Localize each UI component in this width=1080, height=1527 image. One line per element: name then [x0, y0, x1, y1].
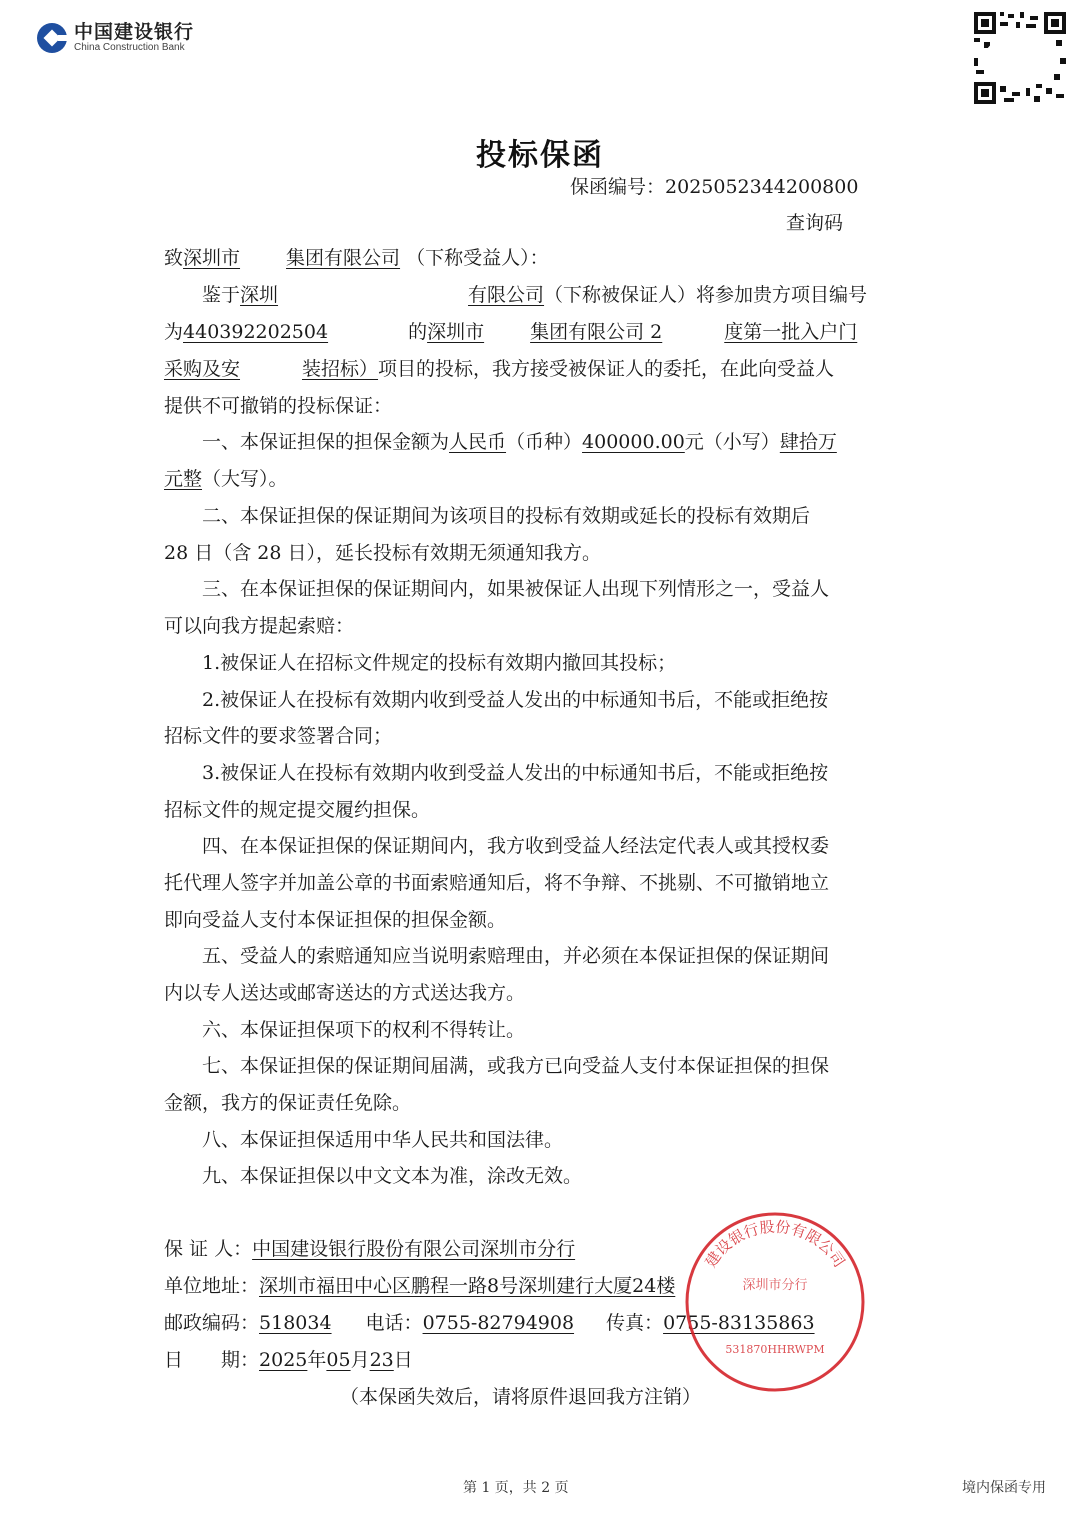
- clause-3-item-1: 1.被保证人在招标文件规定的投标有效期内撤回其投标；: [164, 645, 954, 682]
- project-name-c: 装招标）: [302, 358, 378, 380]
- amount-words-label: （大写）。: [202, 468, 288, 490]
- stamp-code: 531870HHRWPM: [725, 1343, 824, 1356]
- company-seal-stamp: 建设银行股份有限公司 深圳市分行 531870HHRWPM: [680, 1207, 870, 1397]
- qr-code-icon[interactable]: [970, 8, 1070, 108]
- clause-3-item-2-line-1: 2.被保证人在投标有效期内收到受益人发出的中标通知书后，不能或拒绝按: [164, 682, 954, 719]
- bank-name-cn: 中国建设银行: [74, 23, 194, 42]
- fax-label: 传真：: [606, 1312, 663, 1334]
- clause-4-line-1: 四、在本保证担保的保证期间内，我方收到受益人经法定代表人或其授权委: [164, 828, 954, 865]
- intro-prefix: 鉴于: [202, 284, 240, 306]
- clause-1-line-1: 一、本保证担保的担保金额为人民币（币种）400000.00元（小写）肆拾万: [164, 424, 954, 461]
- addressee-prefix: 致: [164, 247, 183, 269]
- intro-line-1: 鉴于深圳有限公司（下称被保证人）将参加贵方项目编号: [164, 277, 954, 314]
- clause-6: 六、本保证担保项下的权利不得转让。: [164, 1012, 954, 1049]
- usage-note: 境内保函专用: [962, 1477, 1046, 1497]
- beneficiary-name-a: 深圳市: [183, 247, 240, 269]
- intro-l2-prefix: 为: [164, 321, 183, 343]
- bank-name-en: China Construction Bank: [74, 43, 194, 53]
- clause-4-line-3: 即向受益人支付本保证担保的担保金额。: [164, 902, 916, 939]
- day-unit: 日: [394, 1349, 413, 1371]
- guarantor-value: 中国建设银行股份有限公司深圳市分行: [252, 1238, 575, 1260]
- clause-2-line-1: 二、本保证担保的保证期间为该项目的投标有效期或延长的投标有效期后: [164, 498, 954, 535]
- guarantee-amount: 400000.00: [582, 431, 685, 453]
- guarantee-number-label: 保函编号：: [570, 176, 665, 198]
- intro-l3-suffix: 项目的投标，我方接受被保证人的委托，在此向受益人: [378, 358, 834, 380]
- project-number: 440392202504: [183, 321, 328, 343]
- amount-words-a: 肆拾万: [780, 431, 837, 453]
- svg-text:建设银行股份有限公司: 建设银行股份有限公司: [702, 1218, 849, 1271]
- guarantee-number-value: 2025052344200800: [665, 176, 858, 198]
- date-year: 2025: [259, 1349, 307, 1371]
- document-title: 投标保函: [0, 130, 1080, 174]
- month-unit: 月: [351, 1349, 370, 1371]
- clause-4-line-2: 托代理人签字并加盖公章的书面索赔通知后，将不争辩、不挑剔、不可撤销地立: [164, 865, 916, 902]
- clause-7-line-1: 七、本保证担保的保证期间届满，或我方已向受益人支付本保证担保的担保: [164, 1048, 954, 1085]
- addressee-line: 致深圳市集团有限公司 （下称受益人）：: [164, 240, 916, 277]
- query-code: 查询码: [786, 208, 843, 235]
- date-label: 日 期：: [164, 1349, 259, 1371]
- amount-words-b: 元整: [164, 468, 202, 490]
- clause-1-text: 一、本保证担保的担保金额为: [202, 431, 449, 453]
- clause-3-item-3-line-2: 招标文件的规定提交履约担保。: [164, 792, 916, 829]
- currency: 人民币: [449, 431, 506, 453]
- guarantor-label: 保 证 人：: [164, 1238, 252, 1260]
- date-day: 23: [370, 1349, 394, 1371]
- clause-3-item-2-line-2: 招标文件的要求签署合同；: [164, 718, 916, 755]
- principal-name-b: 有限公司: [468, 284, 544, 306]
- addressee-suffix: （下称受益人）：: [406, 247, 549, 269]
- return-note: （本保函失效后，请将原件退回我方注销）: [340, 1379, 701, 1416]
- owner-name-a: 深圳市: [427, 321, 484, 343]
- principal-name-a: 深圳: [240, 284, 278, 306]
- clause-2-line-2: 28 日（含 28 日），延长投标有效期无须通知我方。: [164, 535, 916, 572]
- clause-8: 八、本保证担保适用中华人民共和国法律。: [164, 1122, 954, 1159]
- address-value: 深圳市福田中心区鹏程一路8号深圳建行大厦24楼: [259, 1275, 675, 1297]
- postcode-value: 518034: [259, 1312, 332, 1334]
- intro-suffix: （下称被保证人）将参加贵方项目编号: [544, 284, 867, 306]
- project-name-b: 采购及安: [164, 358, 240, 380]
- clause-9: 九、本保证担保以中文文本为准，涂改无效。: [164, 1158, 954, 1195]
- intro-line-3: 采购及安装招标）项目的投标，我方接受被保证人的委托，在此向受益人: [164, 351, 916, 388]
- owner-name-b: 集团有限公司 2: [530, 321, 662, 343]
- postcode-label: 邮政编码：: [164, 1312, 259, 1334]
- clause-1-line-2: 元整（大写）。: [164, 461, 916, 498]
- clause-3-line-2: 可以向我方提起索赔：: [164, 608, 916, 645]
- ccb-logo-icon: [36, 22, 68, 54]
- stamp-arc-text: 建设银行股份有限公司: [702, 1218, 849, 1271]
- currency-label: （币种）: [506, 431, 582, 453]
- amount-label: 元（小写）: [685, 431, 780, 453]
- phone-label: 电话：: [366, 1312, 423, 1334]
- beneficiary-name-b: 集团有限公司: [286, 247, 400, 269]
- page-info: 第 1 页，共 2 页: [463, 1477, 569, 1497]
- intro-l2-mid: 的: [408, 321, 427, 343]
- clause-7-line-2: 金额，我方的保证责任免除。: [164, 1085, 916, 1122]
- phone-value: 0755-82794908: [423, 1312, 574, 1334]
- guarantee-number: 保函编号：2025052344200800: [570, 172, 858, 199]
- year-unit: 年: [307, 1349, 326, 1371]
- bank-logo: 中国建设银行 China Construction Bank: [36, 22, 194, 54]
- project-name-a: 度第一批入户门: [724, 321, 857, 343]
- clause-3-line-1: 三、在本保证担保的保证期间内，如果被保证人出现下列情形之一，受益人: [164, 571, 954, 608]
- clause-5-line-1: 五、受益人的索赔通知应当说明索赔理由，并必须在本保证担保的保证期间: [164, 938, 954, 975]
- address-label: 单位地址：: [164, 1275, 259, 1297]
- clause-3-item-3-line-1: 3.被保证人在投标有效期内收到受益人发出的中标通知书后，不能或拒绝按: [164, 755, 954, 792]
- intro-line-2: 为440392202504的深圳市集团有限公司 2度第一批入户门: [164, 314, 916, 351]
- clause-5-line-2: 内以专人送达或邮寄送达的方式送达我方。: [164, 975, 916, 1012]
- stamp-center-text: 深圳市分行: [742, 1278, 807, 1293]
- date-month: 05: [326, 1349, 350, 1371]
- intro-line-4: 提供不可撤销的投标保证：: [164, 388, 916, 425]
